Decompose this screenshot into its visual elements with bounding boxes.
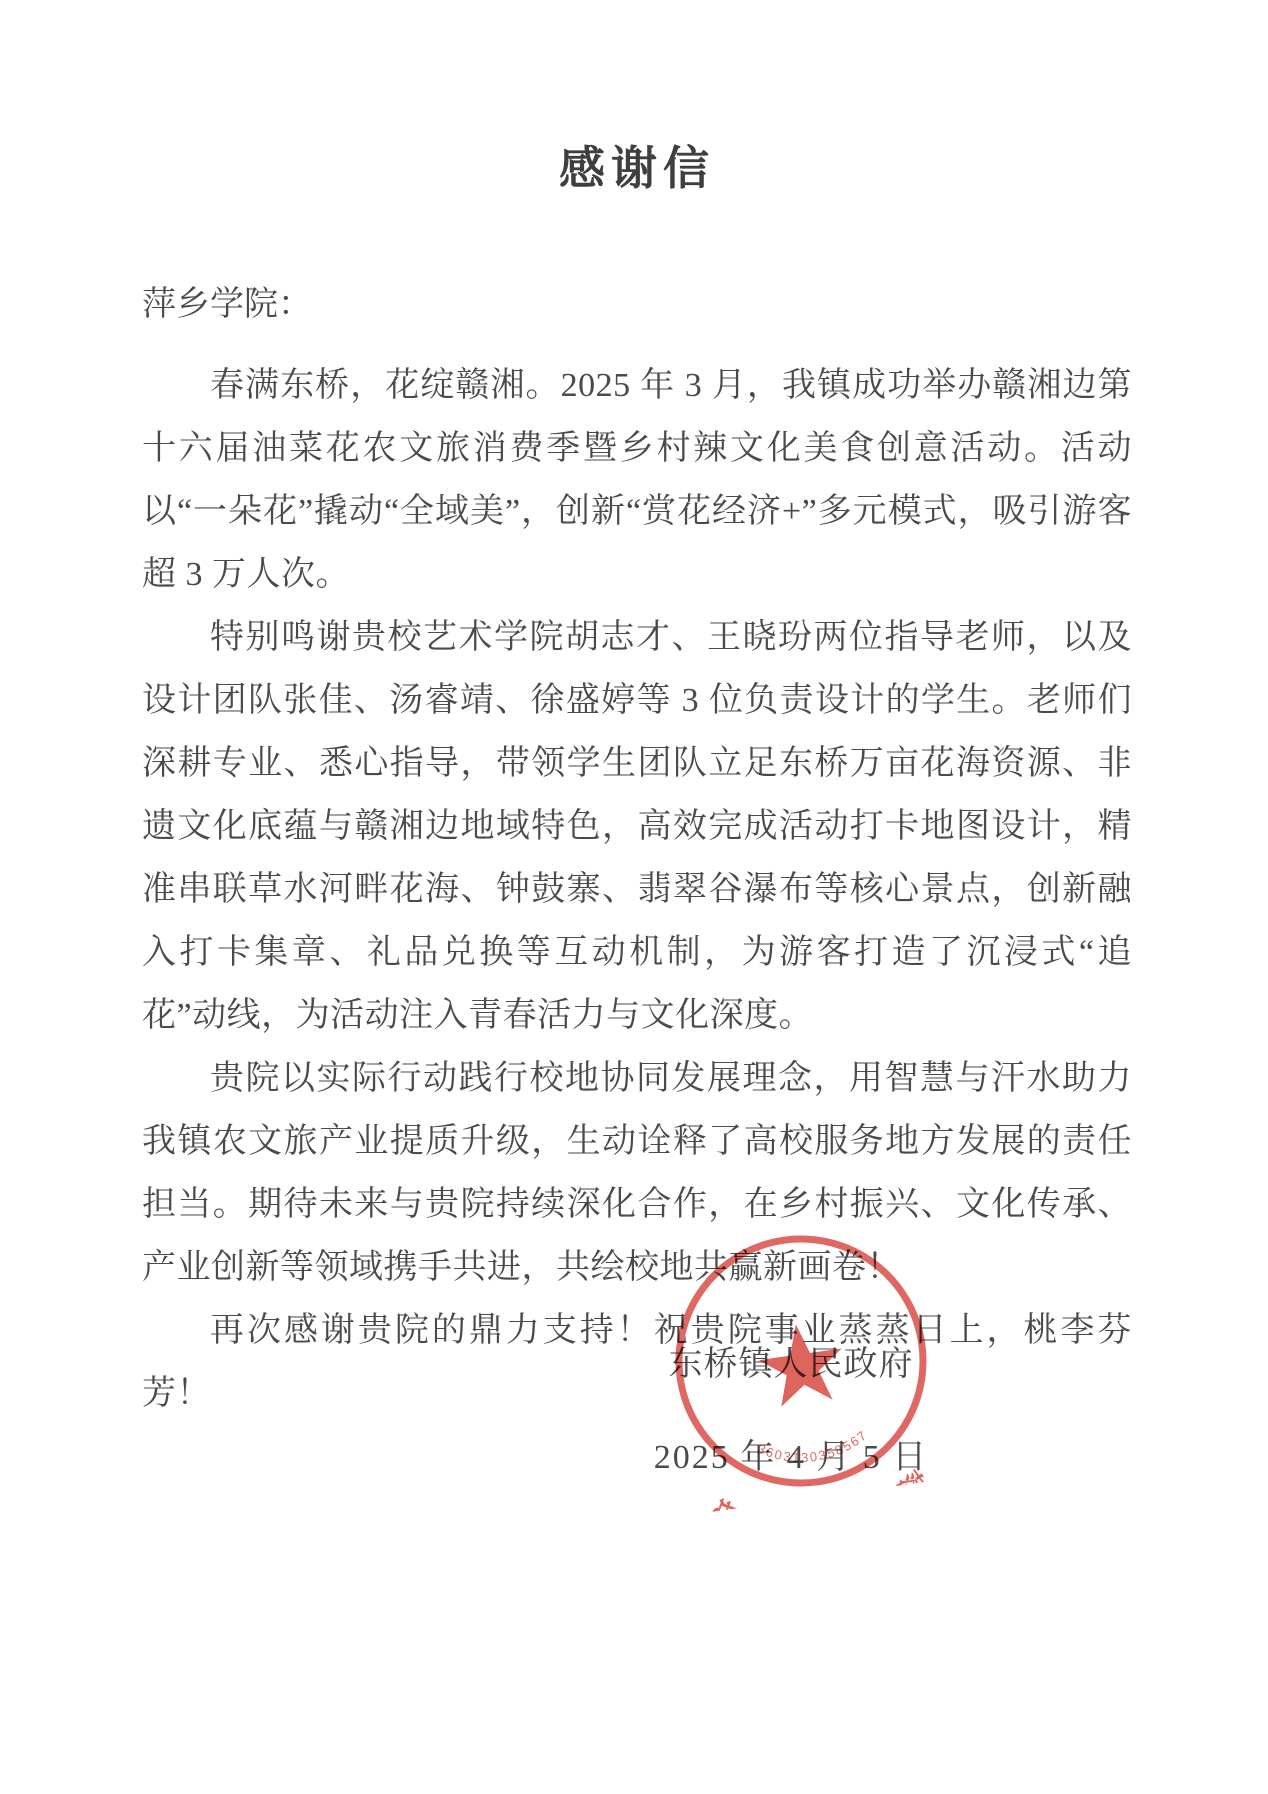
paragraph: 贵院以实际行动践行校地协同发展理念，用智慧与汗水助力我镇农文旅产业提质升级，生动… (142, 1047, 1132, 1299)
salutation: 萍乡学院： (142, 282, 1132, 328)
paragraph: 特别鸣谢贵校艺术学院胡志才、王晓玢两位指导老师，以及设计团队张佳、汤睿靖、徐盛婷… (142, 606, 1132, 1047)
letter-content: 感谢信 萍乡学院： 春满东桥，花绽赣湘。2025 年 3 月，我镇成功举办赣湘边… (142, 0, 1132, 1425)
paragraph: 春满东桥，花绽赣湘。2025 年 3 月，我镇成功举办赣湘边第十六届油菜花农文旅… (142, 354, 1132, 606)
signature-name: 东桥镇人民政府 (586, 1336, 996, 1385)
letter-page: 感谢信 萍乡学院： 春满东桥，花绽赣湘。2025 年 3 月，我镇成功举办赣湘边… (0, 0, 1268, 1794)
signature-date: 2025 年 4 月 5 日 (586, 1429, 996, 1478)
signature-block: 东桥镇人民政府 2025 年 4 月 5 日 (586, 1336, 996, 1478)
letter-title: 感谢信 (142, 132, 1132, 198)
